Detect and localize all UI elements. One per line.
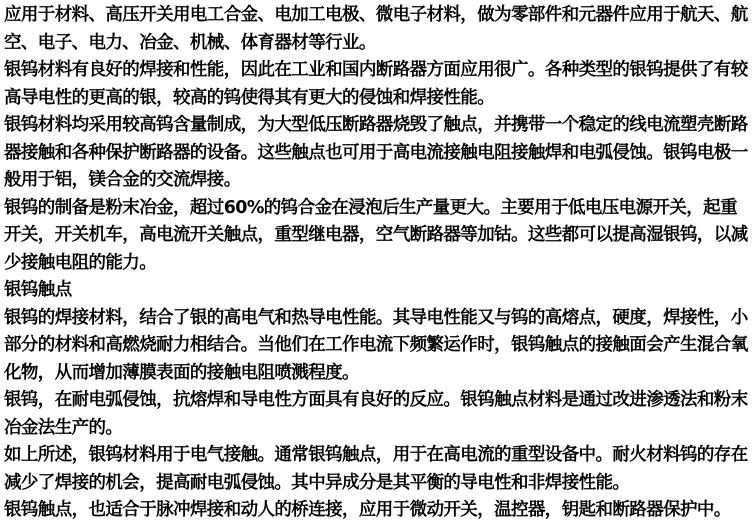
section-heading-contacts: 银钨触点 [4, 277, 750, 305]
paragraph-high-tungsten: 银钨材料均采用较高钨含量制成，为大型低压断路器烧毁了触点，并携带一个稳定的线电流… [4, 112, 750, 195]
paragraph-arc-resistance: 银钨，在耐电弧侵蚀，抗熔焊和导电性方面具有良好的反应。银钨触点材料是通过改进渗透… [4, 387, 750, 442]
paragraph-other-uses: 银钨触点，也适合于脉冲焊接和动人的桥连接，应用于微动开关，温控器，钥匙和断路器保… [4, 497, 750, 525]
paragraph-preparation: 银钨的制备是粉末冶金，超过60%的钨合金在浸泡后生产量更大。主要用于低电压电源开… [4, 195, 750, 278]
paragraph-applications: 应用于材料、高压开关用电工合金、电加工电极、微电子材料，做为零部件和元器件应用于… [4, 2, 750, 57]
paragraph-summary: 如上所述，银钨材料用于电气接触。通常银钨触点，用于在高电流的重型设备中。耐火材料… [4, 442, 750, 497]
document-body: 应用于材料、高压开关用电工合金、电加工电极、微电子材料，做为零部件和元器件应用于… [0, 0, 754, 525]
paragraph-welding-properties: 银钨材料有良好的焊接和性能，因此在工业和国内断路器方面应用很广。各种类型的银钨提… [4, 57, 750, 112]
paragraph-contact-material: 银钨的焊接材料，结合了银的高电气和热导电性能。其导电性能又与钨的高熔点，硬度，焊… [4, 305, 750, 388]
